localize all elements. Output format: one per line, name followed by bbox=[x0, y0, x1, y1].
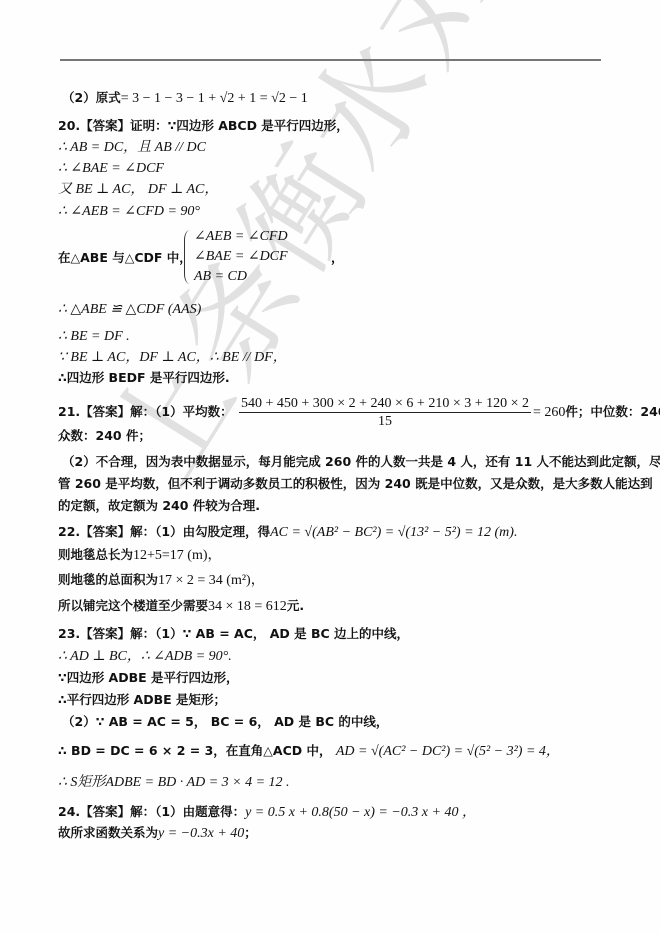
q20-system-row: ∠BAE = ∠DCF bbox=[194, 248, 288, 268]
q20-line4: ∴ ∠AEB = ∠CFD = 90° bbox=[58, 203, 200, 220]
q20-line4-text: ∴ ∠AEB = ∠CFD = 90° bbox=[58, 204, 200, 219]
q24-line1-expr: y = 0.5 x + 0.8(50 − x) = −0.3 x + 40 ， bbox=[245, 805, 476, 820]
q19-part2-expr: = 3 − 1 − 3 − 1 + √2 + 1 = √2 − 1 bbox=[121, 91, 308, 106]
q22-line1-expr: AC = √(AB² − BC²) = √(13² − 5²) = 12 (m)… bbox=[270, 525, 517, 540]
left-brace-icon bbox=[184, 230, 191, 284]
q23-part2-line2-a: ∴ BD = DC = 6 × 2 = 3，在直角△ACD 中， bbox=[58, 743, 332, 758]
q23-part2-line2-b: AD = √(AC² − DC²) = √(5² − 3²) = 4， bbox=[336, 744, 560, 759]
q20-line7: ∵ BE ⊥ AC，DF ⊥ AC，∴ BE // DF， bbox=[58, 349, 287, 366]
q22-head: 22.【答案】解：（1）由勾股定理，得AC = √(AB² − BC²) = √… bbox=[58, 524, 517, 541]
q22-line4-expr: 34 × 18 = 612 bbox=[208, 599, 287, 614]
q20-system-comma: ， bbox=[331, 248, 344, 266]
q19-part2-label: （2）原式 bbox=[62, 90, 121, 105]
q21-denominator: 15 bbox=[239, 413, 531, 430]
q23-part2-line3-text: ∴ S矩形ADBE = BD · AD = 3 × 4 = 12 . bbox=[58, 775, 290, 790]
q20-line6-text: ∴ BE = DF . bbox=[58, 329, 130, 344]
q23-part2-line3: ∴ S矩形ADBE = BD · AD = 3 × 4 = 12 . bbox=[58, 774, 290, 791]
q20-line1-text: ∴ AB = DC，且 AB // DC bbox=[58, 140, 206, 155]
q20-line1: ∴ AB = DC，且 AB // DC bbox=[58, 139, 206, 156]
document-page: 上条衡水刘老师 （2）原式= 3 − 1 − 3 − 1 + √2 + 1 = … bbox=[0, 0, 660, 933]
q20-line6: ∴ BE = DF . bbox=[58, 328, 130, 345]
q20-line8: ∴四边形 BEDF 是平行四边形. bbox=[58, 370, 230, 386]
q20-line5-text: ∴ △ABE ≌ △CDF (AAS) bbox=[58, 302, 201, 317]
q20-line5: ∴ △ABE ≌ △CDF (AAS) bbox=[58, 301, 201, 318]
q22-line3-label: 则地毯的总面积为 bbox=[58, 572, 158, 587]
q21-tail: 件；中位数：240 件； bbox=[565, 404, 660, 419]
q20-head: 20.【答案】证明：∵四边形 ABCD 是平行四边形， bbox=[58, 118, 349, 134]
q20-system-rows: ∠AEB = ∠CFD ∠BAE = ∠DCF AB = CD bbox=[194, 228, 288, 288]
q23-line1: ∴ AD ⊥ BC，∴ ∠ADB = 90°. bbox=[58, 648, 232, 665]
q24-line2: 故所求函数关系为y = −0.3x + 40； bbox=[58, 825, 257, 842]
q21-mode: 众数：240 件； bbox=[58, 428, 151, 444]
q24-head: 24.【答案】解：（1）由题意得：y = 0.5 x + 0.8(50 − x)… bbox=[58, 804, 476, 821]
q23-part2-line1: （2）∵ AB = AC = 5， BC = 6， AD 是 BC 的中线， bbox=[62, 714, 388, 730]
q21-result: = 260 bbox=[533, 405, 565, 420]
q24-line2-tail: ； bbox=[244, 825, 257, 840]
q20-system-row: AB = CD bbox=[194, 268, 288, 288]
q20-line7-text: ∵ BE ⊥ AC，DF ⊥ AC，∴ BE // DF， bbox=[58, 350, 287, 365]
q24-head-label: 24.【答案】解：（1）由题意得： bbox=[58, 804, 245, 819]
q20-system-row: ∠AEB = ∠CFD bbox=[194, 228, 288, 248]
q23-head: 23.【答案】解：（1）∵ AB = AC， AD 是 BC 边上的中线， bbox=[58, 626, 409, 642]
header-rule bbox=[60, 59, 601, 61]
q20-system-label: 在△ABE 与△CDF 中， bbox=[58, 248, 192, 266]
q23-part2-line2: ∴ BD = DC = 6 × 2 = 3，在直角△ACD 中， AD = √(… bbox=[58, 743, 560, 760]
q22-line2-label: 则地毯总长为 bbox=[58, 547, 133, 562]
q21-part2-line2: 管 260 是平均数，但不利于调动多数员工的积极性，因为 240 既是中位数，又… bbox=[58, 476, 653, 492]
q21-mean-fraction: 540 + 450 + 300 × 2 + 240 × 6 + 210 × 3 … bbox=[239, 395, 531, 430]
q20-line2-text: ∴ ∠BAE = ∠DCF bbox=[58, 161, 164, 176]
q24-line2-label: 故所求函数关系为 bbox=[58, 825, 158, 840]
q22-line2: 则地毯总长为12+5=17 (m)， bbox=[58, 547, 222, 564]
q24-line2-expr: y = −0.3x + 40 bbox=[158, 826, 244, 841]
q22-head-label: 22.【答案】解：（1）由勾股定理，得 bbox=[58, 524, 270, 539]
q22-line2-expr: 12+5=17 (m)， bbox=[133, 548, 222, 563]
q22-line4-label: 所以铺完这个楼道至少需要 bbox=[58, 598, 208, 613]
q22-line3-expr: 17 × 2 = 34 (m²)， bbox=[158, 573, 265, 588]
q21-head: 21.【答案】解：（1）平均数： 540 + 450 + 300 × 2 + 2… bbox=[58, 395, 660, 430]
q23-line2: ∵四边形 ADBE 是平行四边形， bbox=[58, 670, 239, 686]
q22-line4-tail: 元. bbox=[287, 598, 304, 613]
q22-line4: 所以铺完这个楼道至少需要34 × 18 = 612元. bbox=[58, 598, 304, 615]
q21-numerator: 540 + 450 + 300 × 2 + 240 × 6 + 210 × 3 … bbox=[239, 395, 531, 413]
q19-part2: （2）原式= 3 − 1 − 3 − 1 + √2 + 1 = √2 − 1 bbox=[62, 90, 308, 107]
q21-head-label: 21.【答案】解：（1）平均数： bbox=[58, 404, 233, 419]
q22-line3: 则地毯的总面积为17 × 2 = 34 (m²)， bbox=[58, 572, 265, 589]
q20-line3: 又 BE ⊥ AC， DF ⊥ AC， bbox=[58, 181, 218, 198]
q21-part2-line3: 的定额，故定额为 240 件较为合理. bbox=[58, 498, 260, 514]
q23-line3: ∴平行四边形 ADBE 是矩形； bbox=[58, 692, 226, 708]
q20-line2: ∴ ∠BAE = ∠DCF bbox=[58, 160, 164, 177]
q21-part2-line1: （2）不合理，因为表中数据显示，每月能完成 260 件的人数一共是 4 人，还有… bbox=[62, 454, 660, 470]
q23-line1-text: ∴ AD ⊥ BC，∴ ∠ADB = 90°. bbox=[58, 649, 232, 664]
q20-line3-text: 又 BE ⊥ AC， DF ⊥ AC， bbox=[58, 182, 218, 197]
